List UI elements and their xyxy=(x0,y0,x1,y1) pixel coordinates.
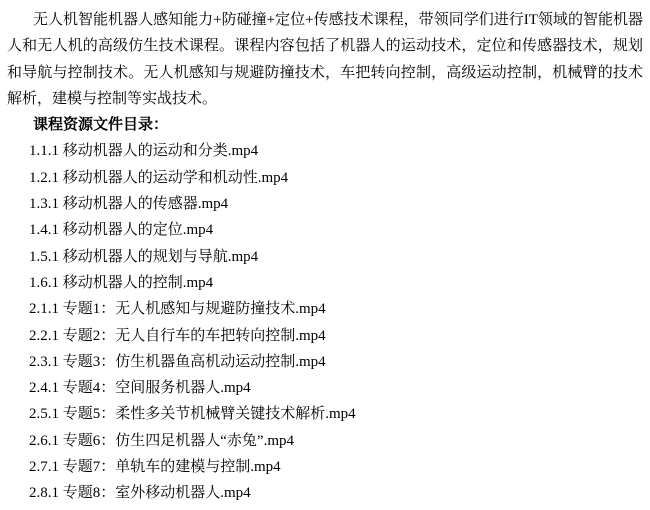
file-list-item: 2.7.1 专题7：单轨车的建模与控制.mp4 xyxy=(29,454,650,480)
course-file-list: 1.1.1 移动机器人的运动和分类.mp4 1.2.1 移动机器人的运动学和机动… xyxy=(29,138,650,506)
file-list-item: 1.4.1 移动机器人的定位.mp4 xyxy=(29,217,650,243)
file-list-item: 2.8.1 专题8：室外移动机器人.mp4 xyxy=(29,480,650,506)
file-list-item: 1.3.1 移动机器人的传感器.mp4 xyxy=(29,191,650,217)
file-list-item: 2.5.1 专题5：柔性多关节机械臂关键技术解析.mp4 xyxy=(29,401,650,427)
file-list-item: 1.5.1 移动机器人的规划与导航.mp4 xyxy=(29,244,650,270)
file-list-item: 2.3.1 专题3：仿生机器鱼高机动运动控制.mp4 xyxy=(29,349,650,375)
document-page: 无人机智能机器人感知能力+防碰撞+定位+传感技术课程，带领同学们进行IT领域的智… xyxy=(0,0,650,510)
file-list-item: 2.6.1 专题6：仿生四足机器人“赤兔”.mp4 xyxy=(29,428,650,454)
file-list-item: 1.2.1 移动机器人的运动学和机动性.mp4 xyxy=(29,165,650,191)
catalog-heading: 课程资源文件目录： xyxy=(33,112,650,138)
file-list-item: 1.1.1 移动机器人的运动和分类.mp4 xyxy=(29,138,650,164)
file-list-item: 2.1.1 专题1：无人机感知与规避防撞技术.mp4 xyxy=(29,296,650,322)
file-list-item: 2.4.1 专题4：空间服务机器人.mp4 xyxy=(29,375,650,401)
file-list-item: 2.2.1 专题2：无人自行车的车把转向控制.mp4 xyxy=(29,323,650,349)
file-list-item: 1.6.1 移动机器人的控制.mp4 xyxy=(29,270,650,296)
course-intro-paragraph: 无人机智能机器人感知能力+防碰撞+定位+传感技术课程，带领同学们进行IT领域的智… xyxy=(7,7,643,112)
